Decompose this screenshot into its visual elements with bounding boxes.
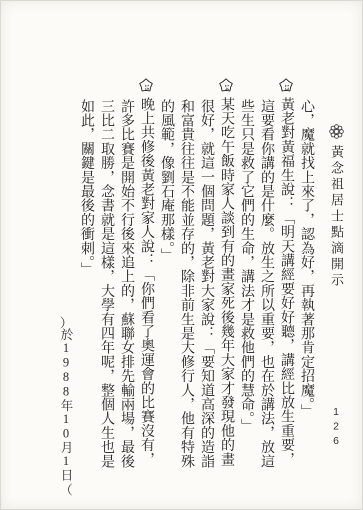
page-number: 126 (325, 406, 347, 450)
running-head-title: 黃念祖居士點滴開示 (329, 145, 344, 289)
item-column: 13黃老對黃福生說：「明天講經要好好聽，講經比放生重要， (276, 78, 296, 492)
plum-blossom-number-badge: 14 (219, 78, 233, 93)
plum-blossom-number-badge: 13 (279, 78, 293, 93)
text-column: 這要看你講的是什麼。放生之所以重要，也在於講法，放這 (256, 78, 276, 492)
running-head-column: 黃念祖居士點滴開示126 (325, 78, 347, 492)
column-text: 晚上共修後黃老對家人說：「你們看了奧運會的比賽沒有， (139, 97, 154, 466)
text-block: 黃念祖居士點滴開示126 心，魔就找上來了，認為好，再執著那肯定招魔。」13黃老… (56, 78, 347, 492)
column-text: 三比二取勝，念書就是這樣，大學有四年呢，整個人生也是 (99, 99, 114, 468)
body-columns: 心，魔就找上來了，認為好，再執著那肯定招魔。」13黃老對黃福生說：「明天講經要好… (56, 78, 316, 492)
flower-rosette-icon (329, 124, 344, 139)
text-column: 許多比賽是開始不行後來追上的，蘇聯女排先輸兩場，最後 (116, 78, 136, 492)
column-text: 如此，關鍵是最後的衝刺。」 (79, 99, 94, 277)
text-column: 心，魔就找上來了，認為好，再執著那肯定招魔。」 (296, 78, 316, 492)
text-column: 的風範，像劉石庵那樣。」 (156, 78, 176, 492)
column-text: 的風範，像劉石庵那樣。」 (159, 99, 174, 262)
column-text: 些生只是救了它們的生命，講法才是救他們的慧命。」 (239, 99, 254, 433)
text-column: 如此，關鍵是最後的衝刺。」 (76, 78, 96, 492)
svg-text:13: 13 (283, 84, 289, 90)
close-paren: ） (60, 478, 73, 498)
column-text: 心，魔就找上來了，認為好，再執著那肯定招魔。」 (299, 99, 314, 419)
svg-text:14: 14 (223, 84, 229, 90)
plum-blossom-number-badge: 15 (139, 78, 153, 93)
column-text: 某天吃午飯時家人談到有的畫家死後幾年大家才發現他的畫 (219, 97, 234, 466)
book-page: 黃念祖居士點滴開示126 心，魔就找上來了，認為好，再執著那肯定招魔。」13黃老… (0, 0, 363, 510)
column-text: 這要看你講的是什麼。放生之所以重要，也在於講法，放這 (259, 99, 274, 468)
column-text: 許多比賽是開始不行後來追上的，蘇聯女排先輸兩場，最後 (119, 99, 134, 468)
svg-text:15: 15 (143, 84, 149, 90)
column-text: 於1988年10月1日 (59, 328, 73, 482)
column-text: 和富貴往往是不能並存的，除非前生是大修行人，他有特殊 (179, 99, 194, 468)
text-column: 三比二取勝，念書就是這樣，大學有四年呢，整個人生也是 (96, 78, 116, 492)
item-column: 14某天吃午飯時家人談到有的畫家死後幾年大家才發現他的畫 (216, 78, 236, 492)
text-column: 些生只是救了它們的生命，講法才是救他們的慧命。」 (236, 78, 256, 492)
text-column: 很好，就這一個問題，黃老對大家說：「要知道高深的造詣 (196, 78, 216, 492)
column-text: 很好，就這一個問題，黃老對大家說：「要知道高深的造詣 (199, 99, 214, 468)
column-text: 黃老對黃福生說：「明天講經要好好聽，講經比放生重要， (279, 97, 294, 466)
date-column: （於1988年10月1日） (56, 78, 76, 492)
item-column: 15晚上共修後黃老對家人說：「你們看了奧運會的比賽沒有， (136, 78, 156, 492)
open-paren: （ (60, 312, 73, 332)
text-column: 和富貴往往是不能並存的，除非前生是大修行人，他有特殊 (176, 78, 196, 492)
